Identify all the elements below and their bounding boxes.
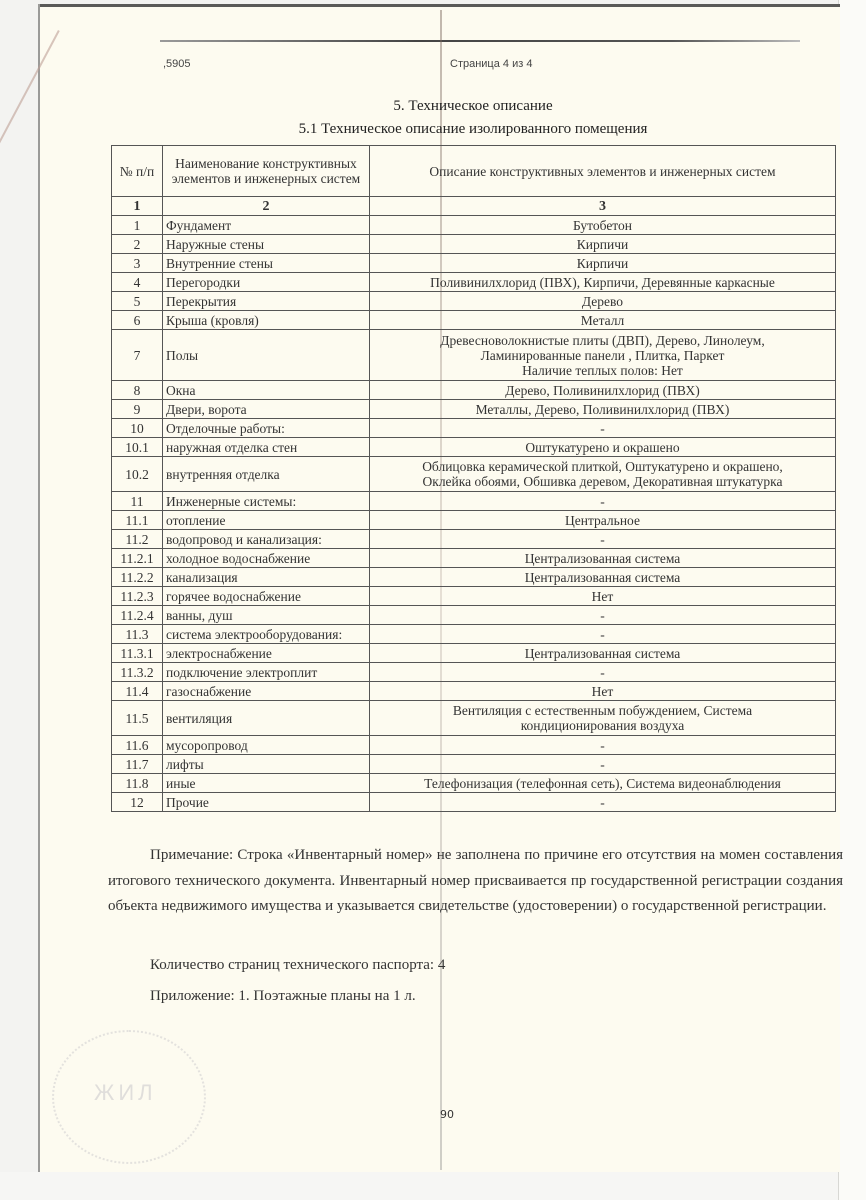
row-number: 10.1 [112,438,163,457]
document-id: ,5905 [163,58,191,70]
row-element-name: электроснабжение [163,644,370,663]
table-row: 1ФундаментБутобетон [112,216,836,235]
row-number: 11.5 [112,701,163,736]
row-number: 11.3.2 [112,663,163,682]
row-number: 11.3.1 [112,644,163,663]
row-description: Кирпичи [370,235,836,254]
row-number: 10.2 [112,457,163,492]
subsection-title: 5.1 Техническое описание изолированного … [0,121,866,138]
table-row: 7ПолыДревесноволокнистые плиты (ДВП), Де… [112,330,836,381]
row-number: 7 [112,330,163,381]
row-description: - [370,606,836,625]
row-element-name: водопровод и канализация: [163,530,370,549]
column-number-1: 1 [112,197,163,216]
row-element-name: лифты [163,755,370,774]
row-number: 2 [112,235,163,254]
row-number: 11.2.3 [112,587,163,606]
row-number: 8 [112,381,163,400]
row-number: 11.2.1 [112,549,163,568]
table-row: 5ПерекрытияДерево [112,292,836,311]
row-element-name: система электрооборудования: [163,625,370,644]
table-row: 6Крыша (кровля)Металл [112,311,836,330]
stamp-text: ЖИЛ [94,1080,157,1106]
description-line: Вентиляция с естественным побуждением, С… [373,703,832,718]
row-description: Нет [370,587,836,606]
column-header-number: № п/п [112,146,163,197]
row-element-name: Перекрытия [163,292,370,311]
description-line: Наличие теплых полов: Нет [373,363,832,378]
row-description: - [370,419,836,438]
table-row: 11.3.2подключение электроплит- [112,663,836,682]
row-number: 11.3 [112,625,163,644]
row-element-name: подключение электроплит [163,663,370,682]
row-description: Бутобетон [370,216,836,235]
row-element-name: вентиляция [163,701,370,736]
table-row: 11.3.1электроснабжениеЦентрализованная с… [112,644,836,663]
row-number: 11.2.2 [112,568,163,587]
row-description: - [370,793,836,812]
table-header-row: № п/п Наименование конструктивных элемен… [112,146,836,197]
technical-description-table: № п/п Наименование конструктивных элемен… [111,145,836,812]
row-description: Древесноволокнистые плиты (ДВП), Дерево,… [370,330,836,381]
background-right-strip [838,0,866,1200]
table-row: 10.2внутренняя отделкаОблицовка керамиче… [112,457,836,492]
row-number: 12 [112,793,163,812]
page-number: 90 [440,1108,454,1121]
column-header-description: Описание конструктивных элементов и инже… [370,146,836,197]
row-number: 11.4 [112,682,163,701]
row-number: 11.7 [112,755,163,774]
table-row: 11.3система электрооборудования:- [112,625,836,644]
row-number: 4 [112,273,163,292]
row-element-name: Окна [163,381,370,400]
row-number: 11.8 [112,774,163,793]
table-row: 11Инженерные системы:- [112,492,836,511]
section-title: 5. Техническое описание [0,98,866,115]
row-description: Централизованная система [370,644,836,663]
row-description: Нет [370,682,836,701]
row-element-name: холодное водоснабжение [163,549,370,568]
description-line: Ламинированные панели , Плитка, Паркет [373,348,832,363]
row-number: 11.1 [112,511,163,530]
row-description: Кирпичи [370,254,836,273]
row-element-name: Наружные стены [163,235,370,254]
table-row: 11.8иныеТелефонизация (телефонная сеть),… [112,774,836,793]
row-element-name: внутренняя отделка [163,457,370,492]
row-element-name: Отделочные работы: [163,419,370,438]
row-number: 1 [112,216,163,235]
row-number: 11.2.4 [112,606,163,625]
row-element-name: Перегородки [163,273,370,292]
row-element-name: Фундамент [163,216,370,235]
background-bottom [0,1172,866,1200]
row-description: Дерево [370,292,836,311]
description-line: Облицовка керамической плиткой, Оштукату… [373,459,832,474]
row-description: Металл [370,311,836,330]
row-number: 3 [112,254,163,273]
table-row: 10.1наружная отделка стенОштукатурено и … [112,438,836,457]
row-element-name: наружная отделка стен [163,438,370,457]
row-description: - [370,736,836,755]
row-description: Централизованная система [370,549,836,568]
table-row: 2Наружные стеныКирпичи [112,235,836,254]
row-description: - [370,755,836,774]
row-number: 5 [112,292,163,311]
row-element-name: Инженерные системы: [163,492,370,511]
row-description: Поливинилхлорид (ПВХ), Кирпичи, Деревянн… [370,273,836,292]
table-body: 1ФундаментБутобетон2Наружные стеныКирпич… [112,216,836,812]
row-description: - [370,492,836,511]
table-row: 4ПерегородкиПоливинилхлорид (ПВХ), Кирпи… [112,273,836,292]
table-row: 3Внутренние стеныКирпичи [112,254,836,273]
row-description: - [370,530,836,549]
table-row: 11.2.1холодное водоснабжениеЦентрализова… [112,549,836,568]
row-description: Облицовка керамической плиткой, Оштукату… [370,457,836,492]
row-number: 11 [112,492,163,511]
row-element-name: Двери, ворота [163,400,370,419]
row-element-name: ванны, душ [163,606,370,625]
appendix-line: Приложение: 1. Поэтажные планы на 1 л. [150,988,416,1005]
table-row: 10Отделочные работы:- [112,419,836,438]
row-number: 6 [112,311,163,330]
row-description: Дерево, Поливинилхлорид (ПВХ) [370,381,836,400]
table-row: 11.2.4ванны, душ- [112,606,836,625]
table-row: 11.7лифты- [112,755,836,774]
row-element-name: Внутренние стены [163,254,370,273]
column-number-3: 3 [370,197,836,216]
table-row: 12Прочие- [112,793,836,812]
row-element-name: иные [163,774,370,793]
row-number: 9 [112,400,163,419]
description-line: Оклейка обоями, Обшивка деревом, Декорат… [373,474,832,489]
table-row: 9Двери, воротаМеталлы, Дерево, Поливинил… [112,400,836,419]
table-row: 11.1отоплениеЦентральное [112,511,836,530]
row-description: Централизованная система [370,568,836,587]
table-row: 11.2.3горячее водоснабжениеНет [112,587,836,606]
pages-count: Количество страниц технического паспорта… [150,957,445,974]
row-description: - [370,663,836,682]
row-element-name: Прочие [163,793,370,812]
row-description: Металлы, Дерево, Поливинилхлорид (ПВХ) [370,400,836,419]
table-row: 11.5вентиляцияВентиляция с естественным … [112,701,836,736]
header-rule [160,40,800,42]
row-element-name: Полы [163,330,370,381]
row-description: Вентиляция с естественным побуждением, С… [370,701,836,736]
row-element-name: газоснабжение [163,682,370,701]
table-row: 11.4газоснабжениеНет [112,682,836,701]
row-description: Оштукатурено и окрашено [370,438,836,457]
table-row: 8ОкнаДерево, Поливинилхлорид (ПВХ) [112,381,836,400]
row-element-name: отопление [163,511,370,530]
table-row: 11.2.2канализацияЦентрализованная систем… [112,568,836,587]
row-number: 11.6 [112,736,163,755]
row-element-name: мусоропровод [163,736,370,755]
column-number-2: 2 [163,197,370,216]
row-element-name: Крыша (кровля) [163,311,370,330]
table-row: 11.2водопровод и канализация:- [112,530,836,549]
description-line: Древесноволокнистые плиты (ДВП), Дерево,… [373,333,832,348]
faded-stamp: ЖИЛ [52,1030,206,1164]
row-number: 11.2 [112,530,163,549]
page-counter: Страница 4 из 4 [450,58,532,70]
note-paragraph: Примечание: Строка «Инвентарный номер» н… [108,843,843,920]
column-header-name: Наименование конструктивных элементов и … [163,146,370,197]
row-element-name: канализация [163,568,370,587]
row-element-name: горячее водоснабжение [163,587,370,606]
row-description: Центральное [370,511,836,530]
description-line: кондиционирования воздуха [373,718,832,733]
row-description: Телефонизация (телефонная сеть), Система… [370,774,836,793]
table-row: 11.6мусоропровод- [112,736,836,755]
column-number-row: 1 2 3 [112,197,836,216]
row-description: - [370,625,836,644]
row-number: 10 [112,419,163,438]
